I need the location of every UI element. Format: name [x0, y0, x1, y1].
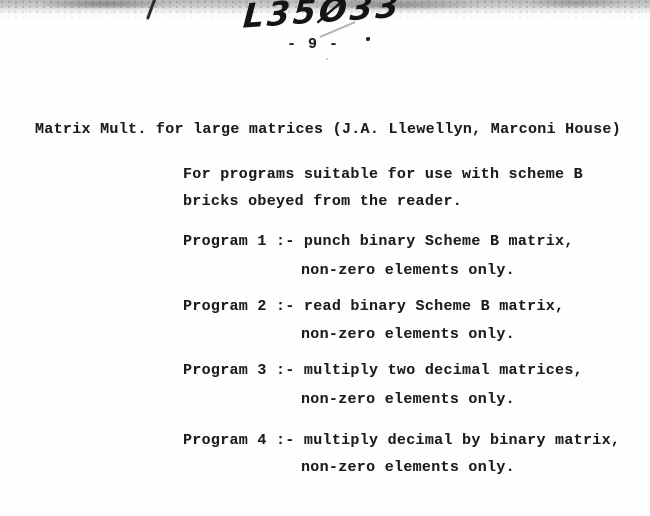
scanned-document-page: L35Ø33 - 9 - Matrix Mult. for large matr…	[0, 0, 650, 516]
faint-speck	[326, 58, 328, 60]
page-number: - 9 -	[287, 36, 340, 54]
program-4-line-2: non-zero elements only.	[301, 459, 515, 477]
program-1-line-2: non-zero elements only.	[301, 262, 515, 280]
document-title: Matrix Mult. for large matrices (J.A. Ll…	[35, 121, 621, 139]
program-2-line-2: non-zero elements only.	[301, 326, 515, 344]
program-3-line-1: Program 3 :- multiply two decimal matric…	[183, 362, 583, 380]
ink-speck	[366, 37, 370, 41]
handwritten-document-code: L35Ø33	[242, 0, 403, 36]
intro-line-2: bricks obeyed from the reader.	[183, 193, 462, 211]
program-4-line-1: Program 4 :- multiply decimal by binary …	[183, 432, 620, 450]
intro-line-1: For programs suitable for use with schem…	[183, 166, 583, 184]
program-1-line-1: Program 1 :- punch binary Scheme B matri…	[183, 233, 574, 251]
program-3-line-2: non-zero elements only.	[301, 391, 515, 409]
program-2-line-1: Program 2 :- read binary Scheme B matrix…	[183, 298, 564, 316]
